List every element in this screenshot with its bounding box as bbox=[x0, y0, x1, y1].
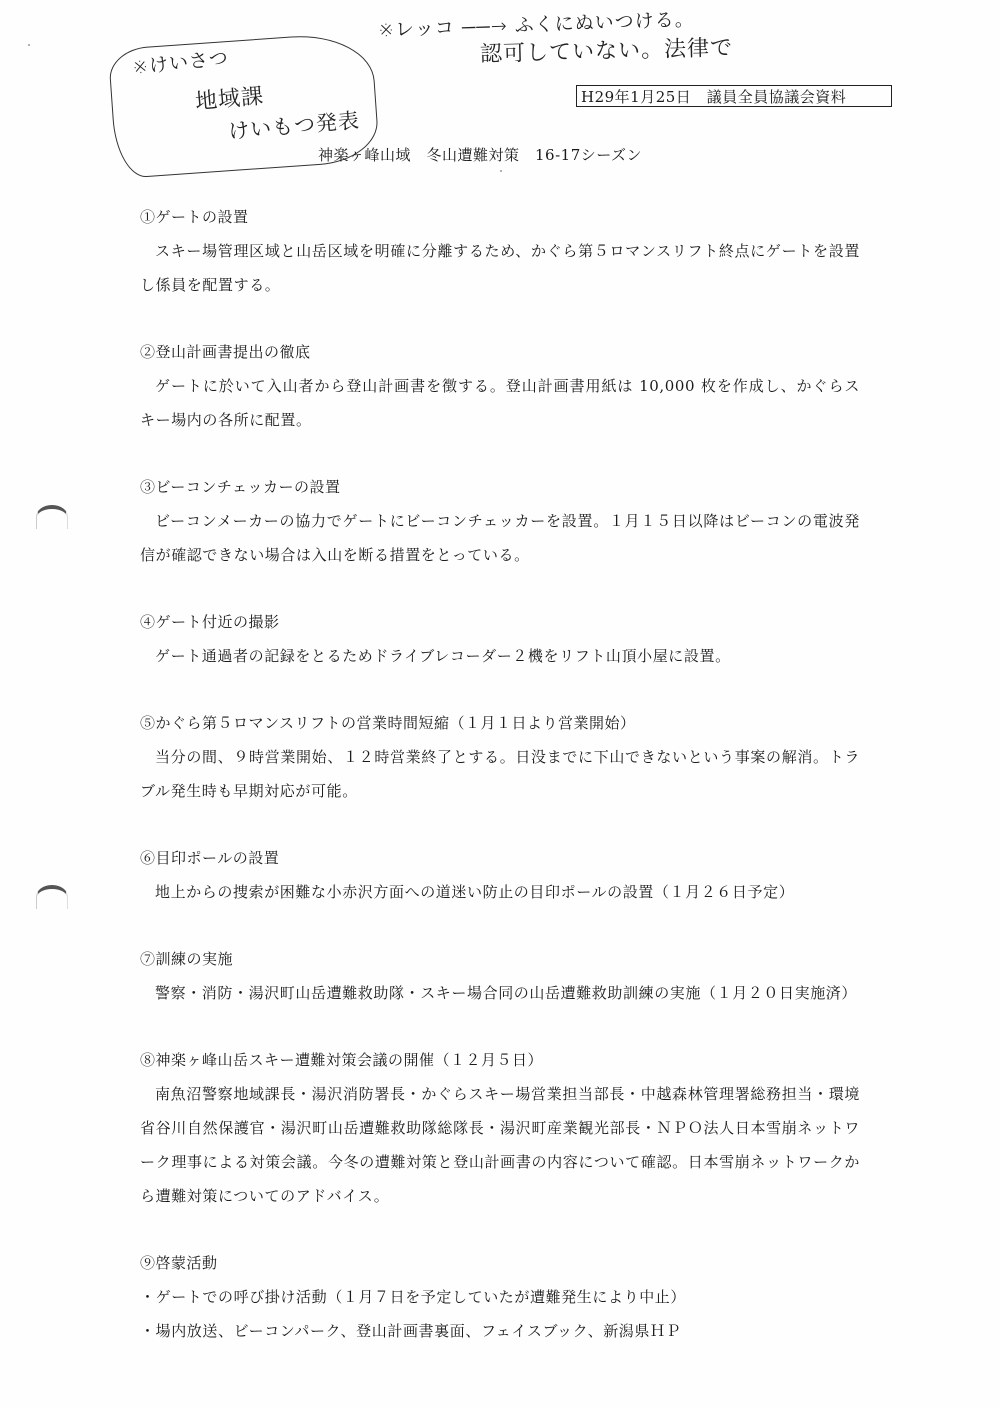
section-body: 南魚沼警察地域課長・湯沢消防署長・かぐらスキー場営業担当部長・中越森林管理署総務… bbox=[140, 1077, 860, 1213]
section-body: 当分の間、９時営業開始、１２時営業終了とする。日没までに下山できないという事案の… bbox=[140, 740, 860, 808]
section-training: ⑦訓練の実施 警察・消防・湯沢町山岳遭難救助隊・スキー場合同の山岳遭難救助訓練の… bbox=[140, 942, 860, 1010]
section-heading: ①ゲートの設置 bbox=[140, 200, 860, 234]
section-heading: ④ゲート付近の撮影 bbox=[140, 605, 860, 639]
scan-speck bbox=[28, 44, 30, 46]
section-gate-installation: ①ゲートの設置 スキー場管理区域と山岳区域を明確に分離するため、かぐら第５ロマン… bbox=[140, 200, 860, 302]
section-beacon-checker: ③ビーコンチェッカーの設置 ビーコンメーカーの協力でゲートにビーコンチェッカーを… bbox=[140, 470, 860, 572]
section-body: ゲートに於いて入山者から登山計画書を徴する。登山計画書用紙は 10,000 枚を… bbox=[140, 369, 860, 437]
punch-hole-mark bbox=[36, 505, 68, 529]
section-heading: ⑦訓練の実施 bbox=[140, 942, 860, 976]
meeting-reference-box: H29年1月25日 議員全員協議会資料 bbox=[576, 85, 892, 107]
punch-hole-mark bbox=[36, 885, 68, 909]
section-gate-recording: ④ゲート付近の撮影 ゲート通過者の記録をとるためドライブレコーダー２機をリフト山… bbox=[140, 605, 860, 673]
document-body: ①ゲートの設置 スキー場管理区域と山岳区域を明確に分離するため、かぐら第５ロマン… bbox=[140, 200, 860, 1381]
section-heading: ⑥目印ポールの設置 bbox=[140, 841, 860, 875]
scan-speck bbox=[500, 170, 502, 172]
section-countermeasure-meeting: ⑧神楽ヶ峰山岳スキー遭難対策会議の開催（１２月５日） 南魚沼警察地域課長・湯沢消… bbox=[140, 1043, 860, 1213]
bullet-item: ・場内放送、ビーコンパーク、登山計画書裏面、フェイスブック、新潟県ＨＰ bbox=[140, 1314, 860, 1348]
section-body: ビーコンメーカーの協力でゲートにビーコンチェッカーを設置。１月１５日以降はビーコ… bbox=[140, 504, 860, 572]
section-body: 地上からの捜索が困難な小赤沢方面への道迷い防止の目印ポールの設置（１月２６日予定… bbox=[140, 875, 860, 909]
bullet-item: ・ゲートでの呼び掛け活動（１月７日を予定していたが遭難発生により中止） bbox=[140, 1280, 860, 1314]
section-climbing-plan: ②登山計画書提出の徹底 ゲートに於いて入山者から登山計画書を徴する。登山計画書用… bbox=[140, 335, 860, 437]
section-awareness-activities: ⑨啓蒙活動 ・ゲートでの呼び掛け活動（１月７日を予定していたが遭難発生により中止… bbox=[140, 1246, 860, 1348]
handwritten-bubble-line-2: 地域課 bbox=[194, 79, 265, 116]
section-heading: ⑧神楽ヶ峰山岳スキー遭難対策会議の開催（１２月５日） bbox=[140, 1043, 860, 1077]
document-page: ※レッコ ──→ ふくにぬいつける。 認可していない。法律で ※けいさつ 地域課… bbox=[0, 0, 1000, 1409]
section-heading: ⑤かぐら第５ロマンスリフトの営業時間短縮（１月１日より営業開始） bbox=[140, 706, 860, 740]
document-title: 神楽ヶ峰山域 冬山遭難対策 16-17シーズン bbox=[318, 144, 642, 165]
section-marker-poles: ⑥目印ポールの設置 地上からの捜索が困難な小赤沢方面への道迷い防止の目印ポールの… bbox=[140, 841, 860, 909]
section-lift-hours: ⑤かぐら第５ロマンスリフトの営業時間短縮（１月１日より営業開始） 当分の間、９時… bbox=[140, 706, 860, 808]
section-body: 警察・消防・湯沢町山岳遭難救助隊・スキー場合同の山岳遭難救助訓練の実施（１月２０… bbox=[140, 976, 860, 1010]
section-body: スキー場管理区域と山岳区域を明確に分離するため、かぐら第５ロマンスリフト終点にゲ… bbox=[140, 234, 860, 302]
handwritten-note-top-line-2: 認可していない。法律で bbox=[480, 31, 734, 69]
section-heading: ③ビーコンチェッカーの設置 bbox=[140, 470, 860, 504]
section-body: ゲート通過者の記録をとるためドライブレコーダー２機をリフト山頂小屋に設置。 bbox=[140, 639, 860, 673]
section-heading: ②登山計画書提出の徹底 bbox=[140, 335, 860, 369]
section-heading: ⑨啓蒙活動 bbox=[140, 1246, 860, 1280]
